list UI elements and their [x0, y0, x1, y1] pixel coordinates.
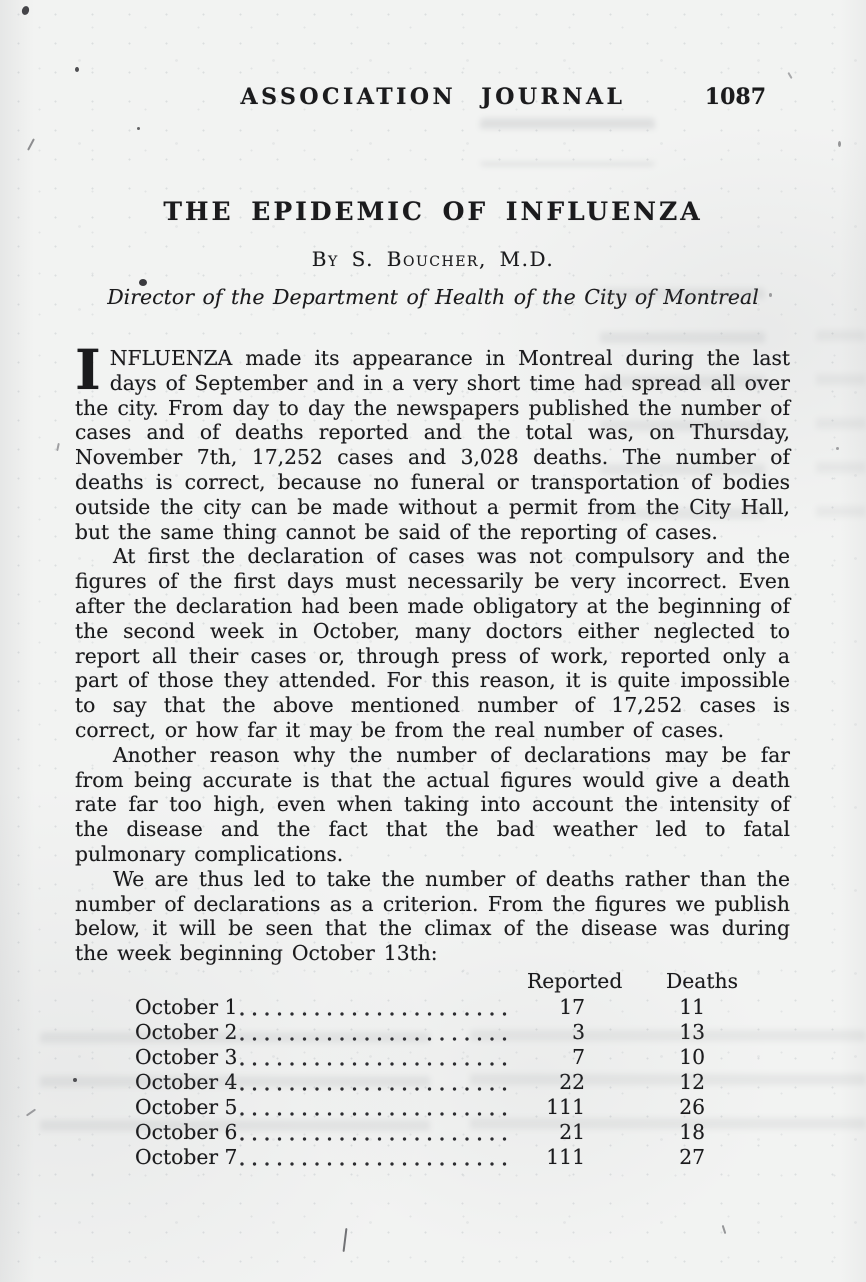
dot-leader — [240, 1020, 507, 1045]
dot-leader — [240, 1045, 507, 1070]
author-affiliation: Director of the Department of Health of … — [0, 285, 866, 309]
scanned-journal-page: ASSOCIATION JOURNAL 1087 THE EPIDEMIC OF… — [0, 0, 866, 1282]
article-title: THE EPIDEMIC OF INFLUENZA — [0, 197, 866, 226]
scan-mark — [722, 1225, 727, 1234]
dot-leader — [240, 1070, 507, 1095]
row-deaths: 27 — [585, 1145, 705, 1169]
row-reported: 3 — [515, 1020, 585, 1044]
row-deaths: 10 — [585, 1045, 705, 1069]
row-reported: 111 — [515, 1095, 585, 1119]
paragraph: Another reason why the number of declara… — [75, 743, 790, 867]
row-reported: 17 — [515, 995, 585, 1019]
article-byline: By S. Boucher, M.D. — [0, 247, 866, 271]
running-head: ASSOCIATION JOURNAL 1087 — [0, 0, 866, 112]
paragraph: We are thus led to take the number of de… — [75, 867, 790, 966]
row-reported: 111 — [515, 1145, 585, 1169]
table-row: October 3 7 10 — [135, 1045, 705, 1070]
dot-leader — [240, 995, 507, 1020]
row-deaths: 13 — [585, 1020, 705, 1044]
row-date: October 6 — [135, 1120, 237, 1144]
table-row: October 2 3 13 — [135, 1020, 705, 1045]
paragraph: INFLUENZA made its appearance in Montrea… — [75, 346, 790, 544]
article: THE EPIDEMIC OF INFLUENZA By S. Boucher,… — [0, 197, 866, 1170]
scan-mark — [343, 1228, 348, 1252]
column-header-reported: Reported — [527, 969, 622, 993]
row-date: October 7 — [135, 1145, 237, 1169]
row-deaths: 11 — [585, 995, 705, 1019]
table-row: October 5 111 26 — [135, 1095, 705, 1120]
table-row: October 4 22 12 — [135, 1070, 705, 1095]
row-reported: 7 — [515, 1045, 585, 1069]
table-row: October 6 21 18 — [135, 1120, 705, 1145]
dropcap-letter: I — [75, 349, 101, 390]
row-deaths: 12 — [585, 1070, 705, 1094]
table-row: October 7 111 27 — [135, 1145, 705, 1170]
row-date: October 1 — [135, 995, 237, 1019]
bleedthrough-artifact — [480, 118, 655, 166]
paragraph-text: NFLUENZA made its appearance in Montreal… — [75, 346, 790, 544]
row-deaths: 18 — [585, 1120, 705, 1144]
table-header-row: Reported Deaths — [135, 969, 705, 995]
dot-leader — [240, 1120, 507, 1145]
row-reported: 22 — [515, 1070, 585, 1094]
dot-leader — [240, 1145, 507, 1170]
table-row: October 1 17 11 — [135, 995, 705, 1020]
dot-leader — [240, 1095, 507, 1120]
journal-title: ASSOCIATION JOURNAL — [241, 84, 626, 110]
row-date: October 2 — [135, 1020, 237, 1044]
row-deaths: 26 — [585, 1095, 705, 1119]
page-number: 1087 — [705, 84, 766, 110]
scan-speck — [137, 127, 140, 130]
row-date: October 5 — [135, 1095, 237, 1119]
column-header-deaths: Deaths — [666, 969, 738, 993]
daily-cases-table: Reported Deaths October 1 17 11 October … — [135, 969, 705, 1170]
row-date: October 3 — [135, 1045, 237, 1069]
scan-mark — [27, 138, 35, 150]
paragraph: At first the declaration of cases was no… — [75, 544, 790, 742]
scan-speck — [838, 141, 841, 147]
article-body: INFLUENZA made its appearance in Montrea… — [0, 346, 866, 966]
row-reported: 21 — [515, 1120, 585, 1144]
row-date: October 4 — [135, 1070, 237, 1094]
